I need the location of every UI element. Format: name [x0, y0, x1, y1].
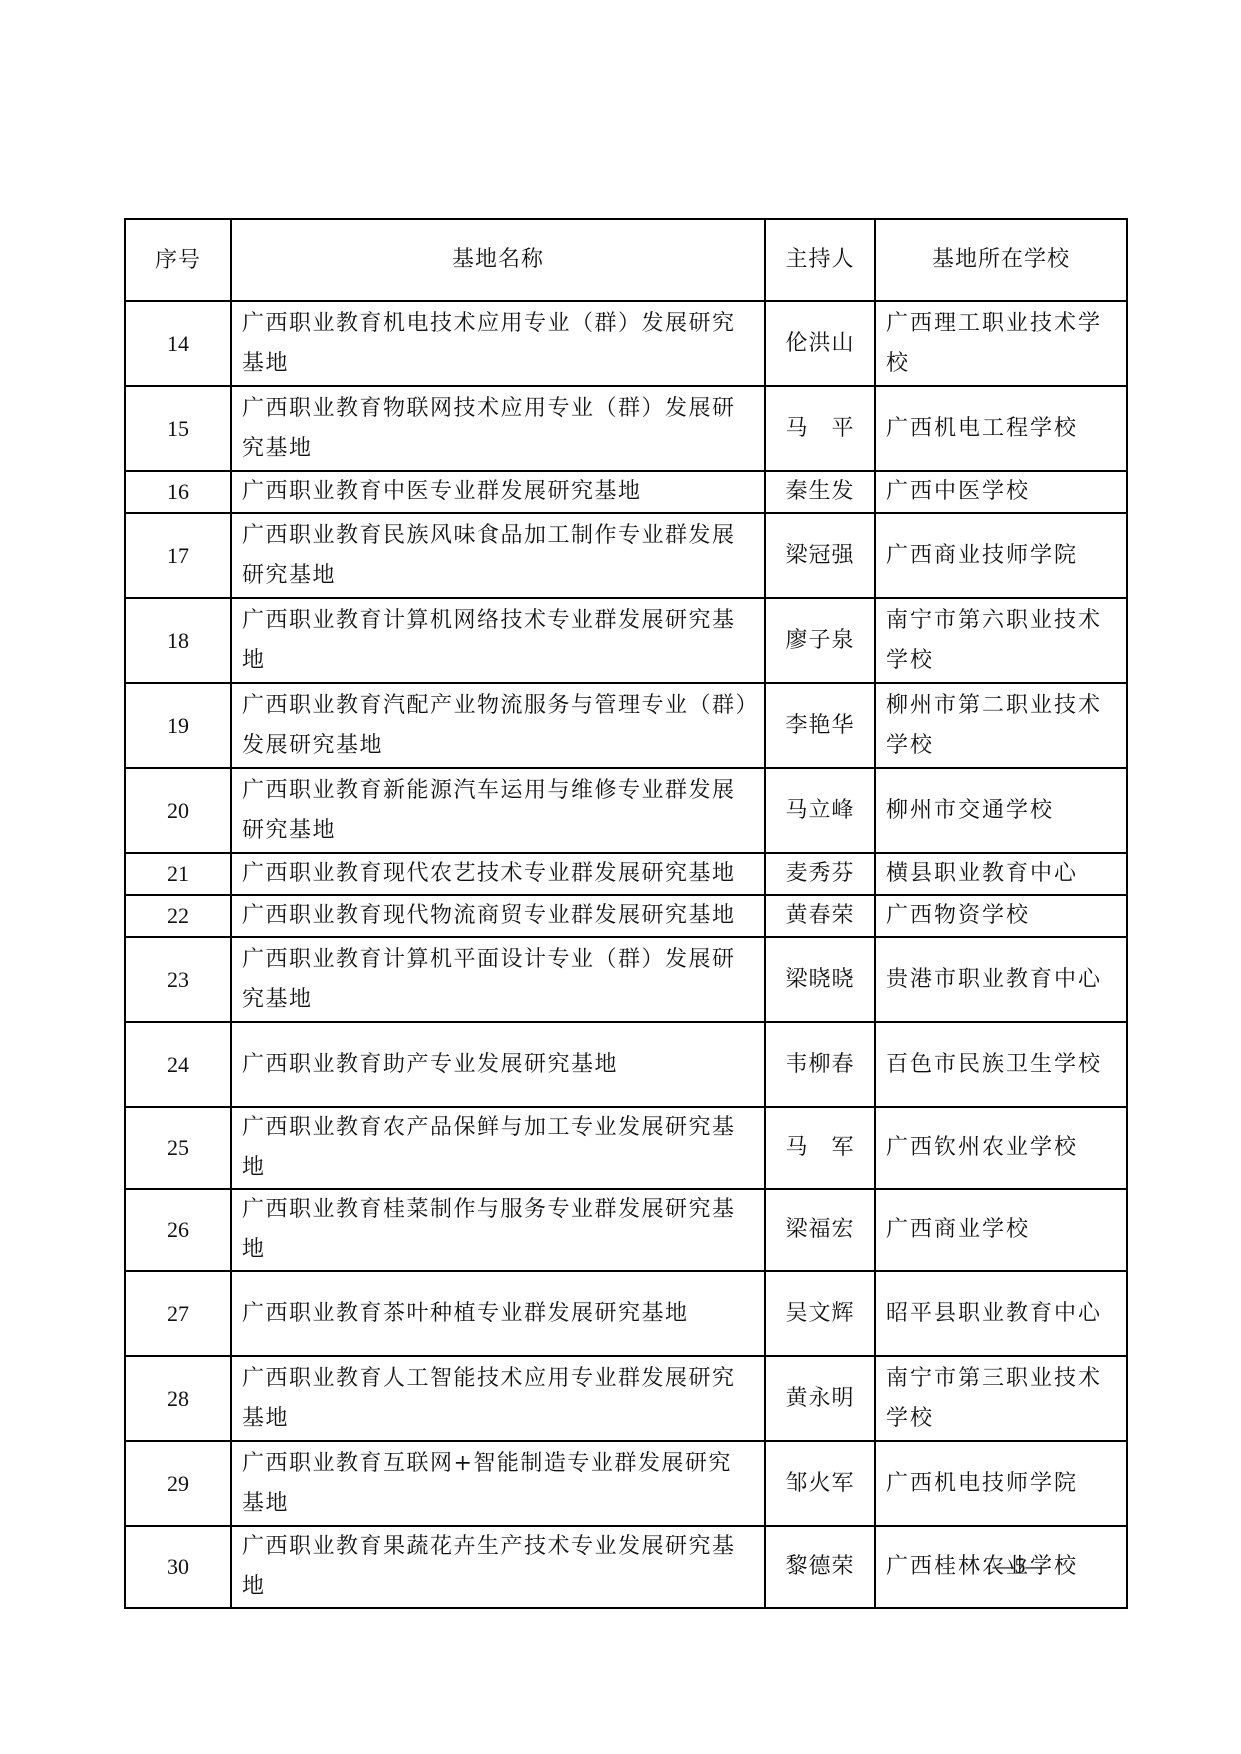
- serial-number-cell: 16: [125, 471, 231, 513]
- host-cell: 秦生发: [765, 471, 875, 513]
- serial-number-cell: 25: [125, 1107, 231, 1189]
- host-cell: 马立峰: [765, 768, 875, 853]
- table-row: 22广西职业教育现代物流商贸专业群发展研究基地黄春荣广西物资学校: [125, 895, 1127, 937]
- base-name-cell: 广西职业教育茶叶种植专业群发展研究基地: [231, 1271, 765, 1356]
- table-row: 16广西职业教育中医专业群发展研究基地秦生发广西中医学校: [125, 471, 1127, 513]
- table-row: 14广西职业教育机电技术应用专业（群）发展研究基地伦洪山广西理工职业技术学校: [125, 301, 1127, 386]
- host-cell: 吴文辉: [765, 1271, 875, 1356]
- host-cell: 梁晓晓: [765, 937, 875, 1022]
- document-page: 序号 基地名称 主持人 基地所在学校 14广西职业教育机电技术应用专业（群）发展…: [0, 0, 1241, 1754]
- host-cell: 麦秀芬: [765, 853, 875, 895]
- school-cell: 南宁市第六职业技术学校: [875, 598, 1127, 683]
- base-name-cell: 广西职业教育汽配产业物流服务与管理专业（群）发展研究基地: [231, 683, 765, 768]
- table-row: 28广西职业教育人工智能技术应用专业群发展研究基地黄永明南宁市第三职业技术学校: [125, 1356, 1127, 1441]
- table-row: 21广西职业教育现代农艺技术专业群发展研究基地麦秀芬横县职业教育中心: [125, 853, 1127, 895]
- serial-number-cell: 19: [125, 683, 231, 768]
- table-row: 27广西职业教育茶叶种植专业群发展研究基地吴文辉昭平县职业教育中心: [125, 1271, 1127, 1356]
- table-row: 26广西职业教育桂菜制作与服务专业群发展研究基地梁福宏广西商业学校: [125, 1189, 1127, 1271]
- base-name-cell: 广西职业教育物联网技术应用专业（群）发展研究基地: [231, 386, 765, 471]
- serial-number-cell: 26: [125, 1189, 231, 1271]
- school-cell: 广西中医学校: [875, 471, 1127, 513]
- host-cell: 马 军: [765, 1107, 875, 1189]
- serial-number-cell: 30: [125, 1526, 231, 1608]
- serial-number-cell: 28: [125, 1356, 231, 1441]
- base-name-cell: 广西职业教育计算机平面设计专业（群）发展研究基地: [231, 937, 765, 1022]
- school-cell: 广西物资学校: [875, 895, 1127, 937]
- serial-number-cell: 21: [125, 853, 231, 895]
- school-cell: 广西钦州农业学校: [875, 1107, 1127, 1189]
- serial-number-cell: 20: [125, 768, 231, 853]
- host-cell: 梁冠强: [765, 513, 875, 598]
- serial-number-cell: 22: [125, 895, 231, 937]
- table-row: 25广西职业教育农产品保鲜与加工专业发展研究基地马 军广西钦州农业学校: [125, 1107, 1127, 1189]
- serial-number-cell: 27: [125, 1271, 231, 1356]
- school-cell: 南宁市第三职业技术学校: [875, 1356, 1127, 1441]
- host-cell: 梁福宏: [765, 1189, 875, 1271]
- research-base-table: 序号 基地名称 主持人 基地所在学校 14广西职业教育机电技术应用专业（群）发展…: [124, 218, 1128, 1609]
- table-row: 24广西职业教育助产专业发展研究基地韦柳春百色市民族卫生学校: [125, 1022, 1127, 1107]
- host-cell: 黄春荣: [765, 895, 875, 937]
- serial-number-cell: 17: [125, 513, 231, 598]
- table-row: 15广西职业教育物联网技术应用专业（群）发展研究基地马 平广西机电工程学校: [125, 386, 1127, 471]
- host-cell: 黎德荣: [765, 1526, 875, 1608]
- base-name-cell: 广西职业教育果蔬花卉生产技术专业发展研究基地: [231, 1526, 765, 1608]
- serial-number-cell: 15: [125, 386, 231, 471]
- header-base-name: 基地名称: [231, 219, 765, 301]
- table-row: 20广西职业教育新能源汽车运用与维修专业群发展研究基地马立峰柳州市交通学校: [125, 768, 1127, 853]
- host-cell: 韦柳春: [765, 1022, 875, 1107]
- header-host: 主持人: [765, 219, 875, 301]
- table-row: 19广西职业教育汽配产业物流服务与管理专业（群）发展研究基地李艳华柳州市第二职业…: [125, 683, 1127, 768]
- base-name-cell: 广西职业教育现代农艺技术专业群发展研究基地: [231, 853, 765, 895]
- base-name-cell: 广西职业教育机电技术应用专业（群）发展研究基地: [231, 301, 765, 386]
- serial-number-cell: 23: [125, 937, 231, 1022]
- page-number: —5—: [980, 1553, 1060, 1579]
- base-name-cell: 广西职业教育中医专业群发展研究基地: [231, 471, 765, 513]
- school-cell: 广西机电技师学院: [875, 1441, 1127, 1526]
- base-name-cell: 广西职业教育民族风味食品加工制作专业群发展研究基地: [231, 513, 765, 598]
- host-cell: 廖子泉: [765, 598, 875, 683]
- school-cell: 昭平县职业教育中心: [875, 1271, 1127, 1356]
- school-cell: 广西理工职业技术学校: [875, 301, 1127, 386]
- base-name-cell: 广西职业教育桂菜制作与服务专业群发展研究基地: [231, 1189, 765, 1271]
- table-header-row: 序号 基地名称 主持人 基地所在学校: [125, 219, 1127, 301]
- school-cell: 横县职业教育中心: [875, 853, 1127, 895]
- school-cell: 柳州市交通学校: [875, 768, 1127, 853]
- base-name-cell: 广西职业教育人工智能技术应用专业群发展研究基地: [231, 1356, 765, 1441]
- serial-number-cell: 18: [125, 598, 231, 683]
- serial-number-cell: 24: [125, 1022, 231, 1107]
- table-row: 17广西职业教育民族风味食品加工制作专业群发展研究基地梁冠强广西商业技师学院: [125, 513, 1127, 598]
- school-cell: 广西商业技师学院: [875, 513, 1127, 598]
- host-cell: 黄永明: [765, 1356, 875, 1441]
- header-school: 基地所在学校: [875, 219, 1127, 301]
- base-name-cell: 广西职业教育助产专业发展研究基地: [231, 1022, 765, 1107]
- base-name-cell: 广西职业教育现代物流商贸专业群发展研究基地: [231, 895, 765, 937]
- school-cell: 贵港市职业教育中心: [875, 937, 1127, 1022]
- school-cell: 柳州市第二职业技术学校: [875, 683, 1127, 768]
- base-name-cell: 广西职业教育计算机网络技术专业群发展研究基地: [231, 598, 765, 683]
- school-cell: 广西机电工程学校: [875, 386, 1127, 471]
- host-cell: 伦洪山: [765, 301, 875, 386]
- base-name-cell: 广西职业教育农产品保鲜与加工专业发展研究基地: [231, 1107, 765, 1189]
- school-cell: 百色市民族卫生学校: [875, 1022, 1127, 1107]
- serial-number-cell: 14: [125, 301, 231, 386]
- base-name-cell: 广西职业教育互联网+智能制造专业群发展研究基地: [231, 1441, 765, 1526]
- table-row: 29广西职业教育互联网+智能制造专业群发展研究基地邹火军广西机电技师学院: [125, 1441, 1127, 1526]
- table-row: 23广西职业教育计算机平面设计专业（群）发展研究基地梁晓晓贵港市职业教育中心: [125, 937, 1127, 1022]
- table-row: 18广西职业教育计算机网络技术专业群发展研究基地廖子泉南宁市第六职业技术学校: [125, 598, 1127, 683]
- host-cell: 邹火军: [765, 1441, 875, 1526]
- host-cell: 李艳华: [765, 683, 875, 768]
- header-serial-number: 序号: [125, 219, 231, 301]
- serial-number-cell: 29: [125, 1441, 231, 1526]
- base-name-cell: 广西职业教育新能源汽车运用与维修专业群发展研究基地: [231, 768, 765, 853]
- school-cell: 广西商业学校: [875, 1189, 1127, 1271]
- table-row: 30广西职业教育果蔬花卉生产技术专业发展研究基地黎德荣广西桂林农业学校: [125, 1526, 1127, 1608]
- host-cell: 马 平: [765, 386, 875, 471]
